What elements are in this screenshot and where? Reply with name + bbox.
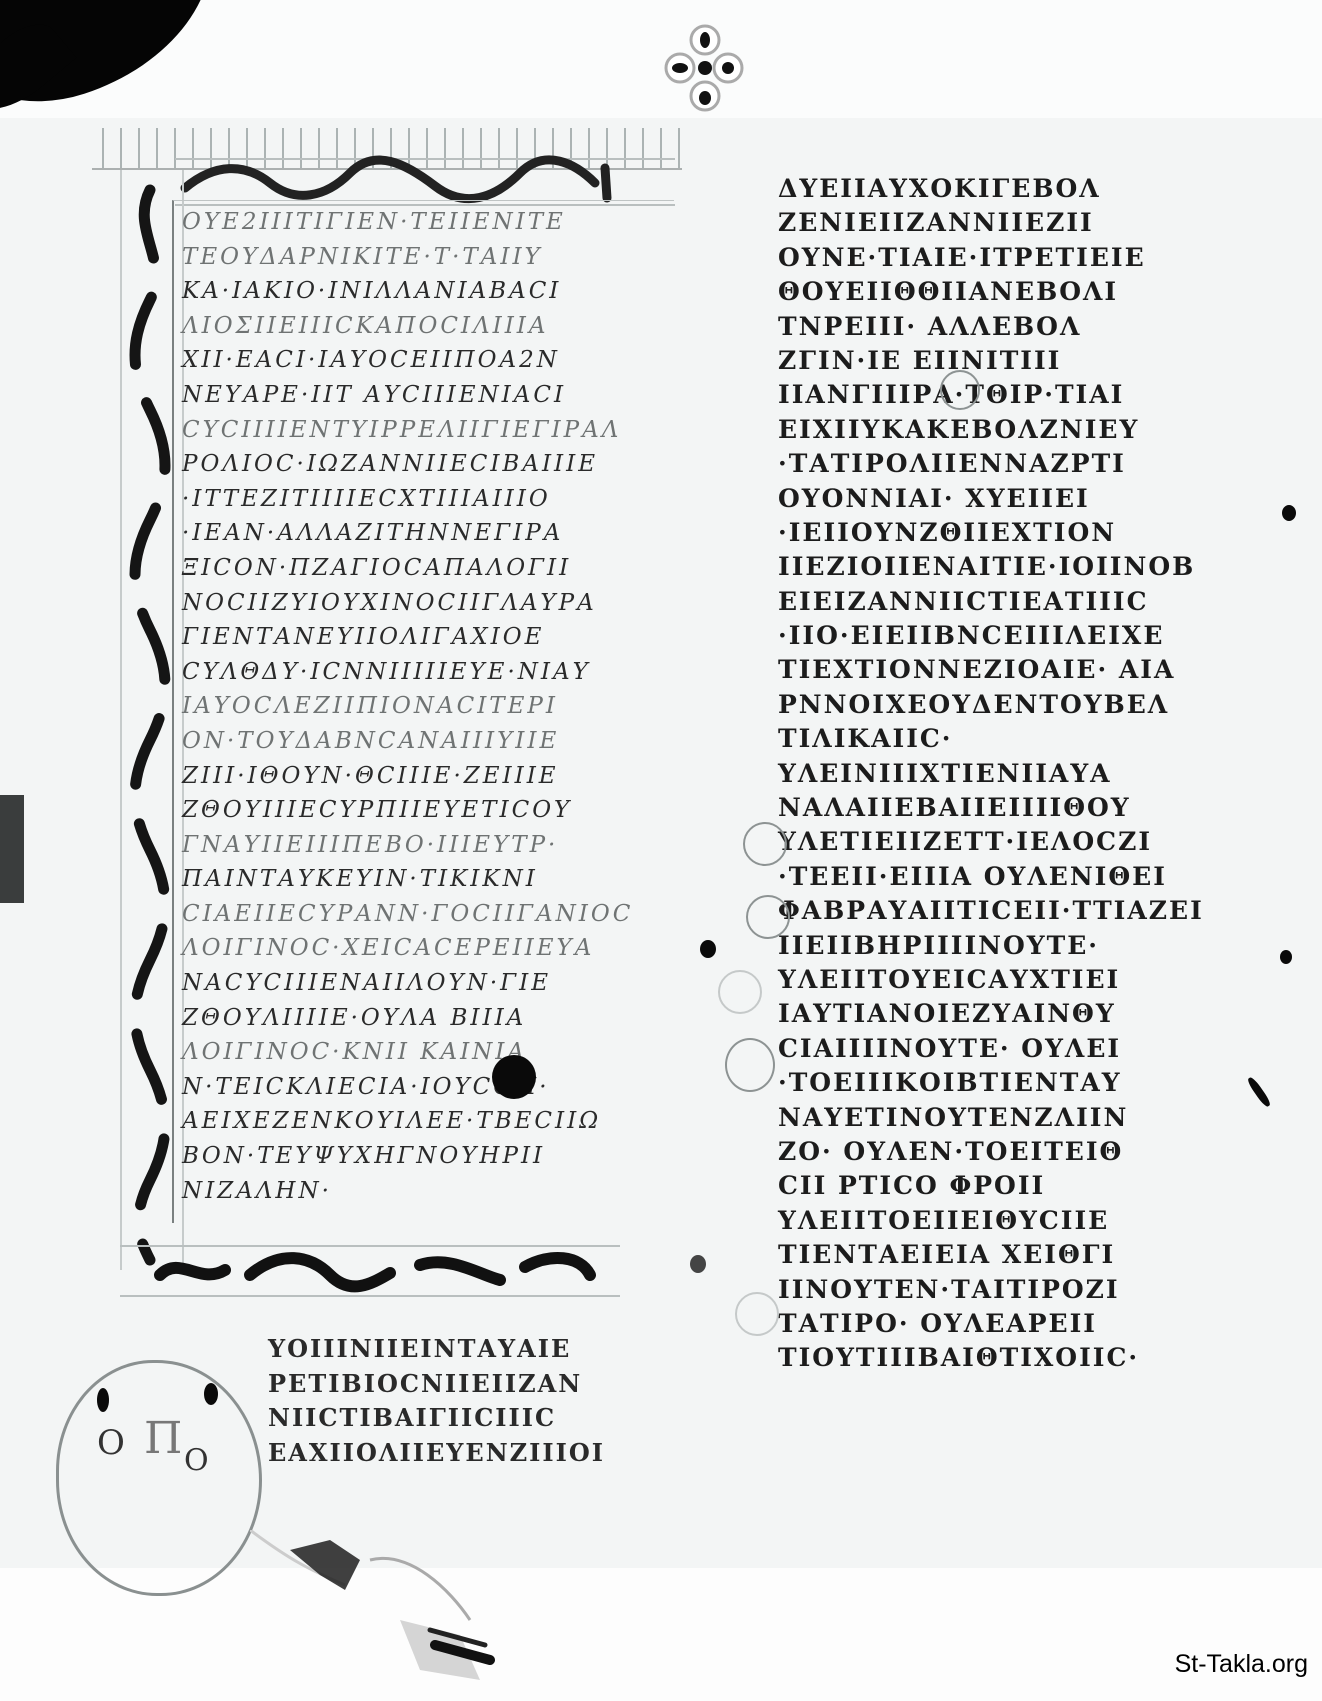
right-text-column: ΔΥΕΙΙΑΥΧΟΚΙΓΕΒΟΛ ΖΕΝΙΕΙΙΖΑΝΝΙΙΕΖΙΙ ΟΥΝΕ·… bbox=[778, 172, 1248, 1376]
text-line: ΖΘΟΥΛΙΙΙΙΕ·ΟΥΛΑ ΒΙΙΙΑ bbox=[182, 1001, 672, 1036]
margin-circle-marker bbox=[725, 1038, 775, 1092]
text-line: ΤΙΕΧΤΙΟΝΝΕΖΙΟΑΙΕ· ΑΙΑ bbox=[778, 653, 1248, 687]
text-line: ΝΑΛΑΙΙΕΒΑΙΙΕΙΙΙΙΘΟΥ bbox=[778, 791, 1248, 825]
text-line: Ν·ΤΕΙСΚΛΙΕСΙΑ·ΙΟΥСΟΙΙ· bbox=[182, 1070, 672, 1105]
text-line: ΤΙΕΝΤΑΕΙΕΙΑ ΧΕΙΘΓΙ bbox=[778, 1238, 1248, 1272]
text-line: ·ΙΤΤΕΖΙΤΙΙΙΙΕСΧΤΙΙΙΑΙΙΙΟ bbox=[182, 482, 672, 517]
text-line: ΤΙΟΥΤΙΙΙΒΑΙΘΤΙΧΟΙΙС· bbox=[778, 1341, 1248, 1375]
text-line: ΕΙΕΙΖΑΝΝΙΙСΤΙΕΑΤΙΙΙС bbox=[778, 585, 1248, 619]
watermark: St-Takla.org bbox=[1175, 1650, 1308, 1679]
tassel-ornament bbox=[250, 1530, 530, 1700]
text-line: ·ΙΙΟ·ΕΙΕΙΙΒΝСΕΙΙΙΛΕΙΧΕ bbox=[778, 619, 1248, 653]
text-line: ΥΟΙΙΙΝΙΙΕΙΝΤΑΥΑΙΕ bbox=[268, 1332, 668, 1367]
text-line: ΙΑΥΟСΛΕΖΙΙΠΙΟΝΑСΙΤΕΡΙ bbox=[182, 689, 672, 724]
text-line: ΑΕΙΧΕΖΕΝΚΟΥΙΛΕΕ·ΤΒΕСΙΙΩ bbox=[182, 1104, 672, 1139]
text-line: ΛΟΙΓΙΝΟС·ΧΕΙСΑСΕΡΕΙΙΕΥΑ bbox=[182, 931, 672, 966]
text-line: ΞΙСΟΝ·ΠΖΑΓΙΟСΑΠΑΛΟΓΙΙ bbox=[182, 551, 672, 586]
text-line: ΕΙΧΙΙΥΚΑΚΕΒΟΛΖΝΙΕΥ bbox=[778, 413, 1248, 447]
text-line: ·ΤΑΤΙΡΟΛΙΙΕΝΝΑΖΡΤΙ bbox=[778, 447, 1248, 481]
text-line: ΝΙΖΑΛΗΝ· bbox=[182, 1174, 672, 1209]
text-line: ΟΝ·ΤΟΥΔΑΒΝСΑΝΑΙΙΙΥΙΙΕ bbox=[182, 724, 672, 759]
ink-speck bbox=[700, 940, 716, 958]
text-line: ΥΛΕΙΙΤΟΥΕΙСΑΥΧΤΙΕΙ bbox=[778, 963, 1248, 997]
text-line: ΠΑΙΝΤΑΥΚΕΥΙΝ·ΤΙΚΙΚΝΙ bbox=[182, 862, 672, 897]
text-line: ΡΕΤΙΒΙΟСΝΙΙΕΙΙΖΑΝ bbox=[268, 1367, 668, 1402]
text-line: ΝΙΙСΤΙΒΑΙΓΙΙСΙΙΙС bbox=[268, 1401, 668, 1436]
text-line: ·ΙΕΙΙΟΥΝΖΘΙΙΕΧΤΙΟΝ bbox=[778, 516, 1248, 550]
text-line: ΛΟΙΓΙΝΟС·ΚΝΙΙ ΚΑΙΝΙΑ bbox=[182, 1035, 672, 1070]
text-line: ΖΕΝΙΕΙΙΖΑΝΝΙΙΕΖΙΙ bbox=[778, 206, 1248, 240]
text-line: ΛΙΟΣΙΙΕΙΙΙСΚΑΠΟСΙΛΙΙΙΑ bbox=[182, 309, 672, 344]
text-line: ·ΤΟΕΙΙΙΚΟΙΒΤΙΕΝΤΑΥ bbox=[778, 1066, 1248, 1100]
medallion-letter: Ο bbox=[184, 1443, 209, 1478]
page-bottom-margin bbox=[0, 1568, 1322, 1701]
text-line: СΥСΙΙΙΙΕΝΤΥΙΡΡΕΛΙΙΓΙΕΓΙΡΑΛ bbox=[182, 413, 672, 448]
text-line: ΤΙΛΙΚΑΙΙС· bbox=[778, 722, 1248, 756]
text-line: ΒΟΝ·ΤΕΥΨΥΧΗΓΝΟΥΗΡΙΙ bbox=[182, 1139, 672, 1174]
text-line: ΡΟΛΙΟС·ΙΩΖΑΝΝΙΙΕСΙΒΑΙΙΙΕ bbox=[182, 447, 672, 482]
text-line: ΚΑ·ΙΑΚΙΟ·ΙΝΙΛΛΑΝΙΑΒΑСΙ bbox=[182, 274, 672, 309]
text-line: ·ΙΕΑΝ·ΑΛΛΑΖΙΤΗΝΝΕΓΙΡΑ bbox=[182, 516, 672, 551]
text-line: СΥΛΘΔΥ·ΙСΝΝΙΙΙΙΙΕΥΕ·ΝΙΑΥ bbox=[182, 655, 672, 690]
text-line: ΖΟ· ΟΥΛΕΝ·ΤΟΕΙΤΕΙΘ bbox=[778, 1135, 1248, 1169]
text-line: ΖΙΙΙ·ΙΘΟΥΝ·ΘСΙΙΙΕ·ΖΕΙΙΙΕ bbox=[182, 759, 672, 794]
ink-speck bbox=[204, 1383, 218, 1405]
margin-circle-marker bbox=[940, 370, 980, 410]
text-line: ΝΑΥΕΤΙΝΟΥΤΕΝΖΛΙΙΝ bbox=[778, 1101, 1248, 1135]
ink-speck bbox=[690, 1255, 706, 1273]
text-line: ΓΙΕΝΤΑΝΕΥΙΙΟΛΙΓΑΧΙΟΕ bbox=[182, 620, 672, 655]
ink-speck bbox=[1280, 950, 1292, 964]
text-line: ΙΙΕΖΙΟΙΙΕΝΑΙΤΙΕ·ΙΟΙΙΝΟΒ bbox=[778, 550, 1248, 584]
medallion-letter: Π bbox=[144, 1413, 182, 1464]
text-line: СΙΑΙΙΙΙΝΟΥΤΕ· ΟΥΛΕΙ bbox=[778, 1032, 1248, 1066]
binding-tab bbox=[0, 795, 24, 903]
text-line: ΙΙΝΟΥΤΕΝ·ΤΑΙΤΙΡΟΖΙ bbox=[778, 1273, 1248, 1307]
text-line: ΙΙΕΙΙΒΗΡΙΙΙΙΝΟΥΤΕ· bbox=[778, 929, 1248, 963]
margin-circle-marker bbox=[743, 822, 787, 866]
text-line: ΟΥΕ2ΙΙΙΤΙΓΙΕΝ·ΤΕΙΙΕΝΙΤΕ bbox=[182, 205, 672, 240]
wave-ornament-bottom bbox=[120, 1245, 620, 1293]
left-text-column: ΟΥΕ2ΙΙΙΤΙΓΙΕΝ·ΤΕΙΙΕΝΙΤΕ ΤΕΟΥΔΑΡΝΙΚΙΤΕ·Τ·… bbox=[182, 205, 672, 1208]
medallion-letter: Ο bbox=[97, 1423, 125, 1463]
text-line: ΖΘΟΥΙΙΙΕСΥΡΠΙΙΕΥΕΤΙСΟΥ bbox=[182, 793, 672, 828]
text-line: ΕΑΧΙΙΟΛΙΙΕΥΕΝΖΙΙΙΟΙ bbox=[268, 1436, 668, 1471]
text-line: ΟΥΝΕ·ΤΙΑΙΕ·ΙΤΡΕΤΙΕΙΕ bbox=[778, 241, 1248, 275]
text-line: ΓΝΑΥΙΙΕΙΙΙΠΕΒΟ·ΙΙΙΕΥΤΡ· bbox=[182, 828, 672, 863]
margin-circle-marker bbox=[746, 895, 790, 939]
text-line: ΤΕΟΥΔΑΡΝΙΚΙΤΕ·Τ·ΤΑΙΙΥ bbox=[182, 240, 672, 275]
text-line: ΤΑΤΙΡΟ· ΟΥΛΕΑΡΕΙΙ bbox=[778, 1307, 1248, 1341]
text-line: ·ΤΕΕΙΙ·ΕΙΙΙΑ ΟΥΛΕΝΙΘΕΙ bbox=[778, 860, 1248, 894]
text-line: ΥΛΕΙΙΤΟΕΙΙΕΙΘΥСΙΙΕ bbox=[778, 1204, 1248, 1238]
wave-ornament-top bbox=[175, 158, 675, 202]
ink-spot bbox=[492, 1055, 536, 1099]
cross-ornament-icon bbox=[660, 18, 750, 118]
bottom-left-text-block: ΥΟΙΙΙΝΙΙΕΙΝΤΑΥΑΙΕ ΡΕΤΙΒΙΟСΝΙΙΕΙΙΖΑΝ ΝΙΙС… bbox=[268, 1332, 668, 1470]
text-line: ΥΛΕΙΝΙΙΙΧΤΙΕΝΙΙΑΥΑ bbox=[778, 757, 1248, 791]
text-line: ΤΝΡΕΙΙΙ· ΑΛΛΕΒΟΛ bbox=[778, 310, 1248, 344]
text-line: ΙΙΑΝΓΙΙΙΡΑ·ΤΘΙΡ·ΤΙΑΙ bbox=[778, 378, 1248, 412]
medallion-ornament: Ο Π Ο bbox=[56, 1360, 262, 1596]
margin-circle-marker bbox=[718, 970, 762, 1014]
text-line: ΘΟΥΕΙΙΘΘΙΙΑΝΕΒΟΛΙ bbox=[778, 275, 1248, 309]
text-line: ΝΕΥΑΡΕ·ΙΙΤ ΑΥСΙΙΙΕΝΙΑСΙ bbox=[182, 378, 672, 413]
text-line: ΟΥΟΝΝΙΑΙ· ΧΥΕΙΙΕΙ bbox=[778, 482, 1248, 516]
text-line: СΙΑΕΙΙΕСΥΡΑΝΝ·ΓΟСΙΙΓΑΝΙΟС bbox=[182, 897, 672, 932]
text-line: ΝΟСΙΙΖΥΙΟΥΧΙΝΟСΙΙΓΛΑΥΡΑ bbox=[182, 586, 672, 621]
ink-speck bbox=[97, 1388, 109, 1412]
text-line: ΖΓΙΝ·ΙΕ ΕΙΙΝΙΤΙΙΙ bbox=[778, 344, 1248, 378]
text-line: ΔΥΕΙΙΑΥΧΟΚΙΓΕΒΟΛ bbox=[778, 172, 1248, 206]
text-line: ΧΙΙ·ΕΑСΙ·ΙΑΥΟСΕΙΙΠΟΑ2Ν bbox=[182, 343, 672, 378]
margin-circle-marker bbox=[735, 1292, 779, 1336]
text-line: ΝΑСΥСΙΙΙΕΝΑΙΙΛΟΥΝ·ΓΙΕ bbox=[182, 966, 672, 1001]
text-line: ΡΝΝΟΙΧΕΟΥΔΕΝΤΟΥΒΕΛ bbox=[778, 688, 1248, 722]
text-line: СΙΙ ΡΤΙСΟ ΦΡΟΙΙ bbox=[778, 1169, 1248, 1203]
ink-speck bbox=[1282, 505, 1296, 521]
text-line: ΦΑΒΡΑΥΑΙΙΤΙСΕΙΙ·ΤΤΙΑΖΕΙ bbox=[778, 894, 1248, 928]
text-line: ΙΑΥΤΙΑΝΟΙΕΖΥΑΙΝΘΥ bbox=[778, 997, 1248, 1031]
wave-ornament-left bbox=[120, 170, 180, 1270]
text-line: ΥΛΕΤΙΕΙΙΖΕΤΤ·ΙΕΛΟСΖΙ bbox=[778, 825, 1248, 859]
